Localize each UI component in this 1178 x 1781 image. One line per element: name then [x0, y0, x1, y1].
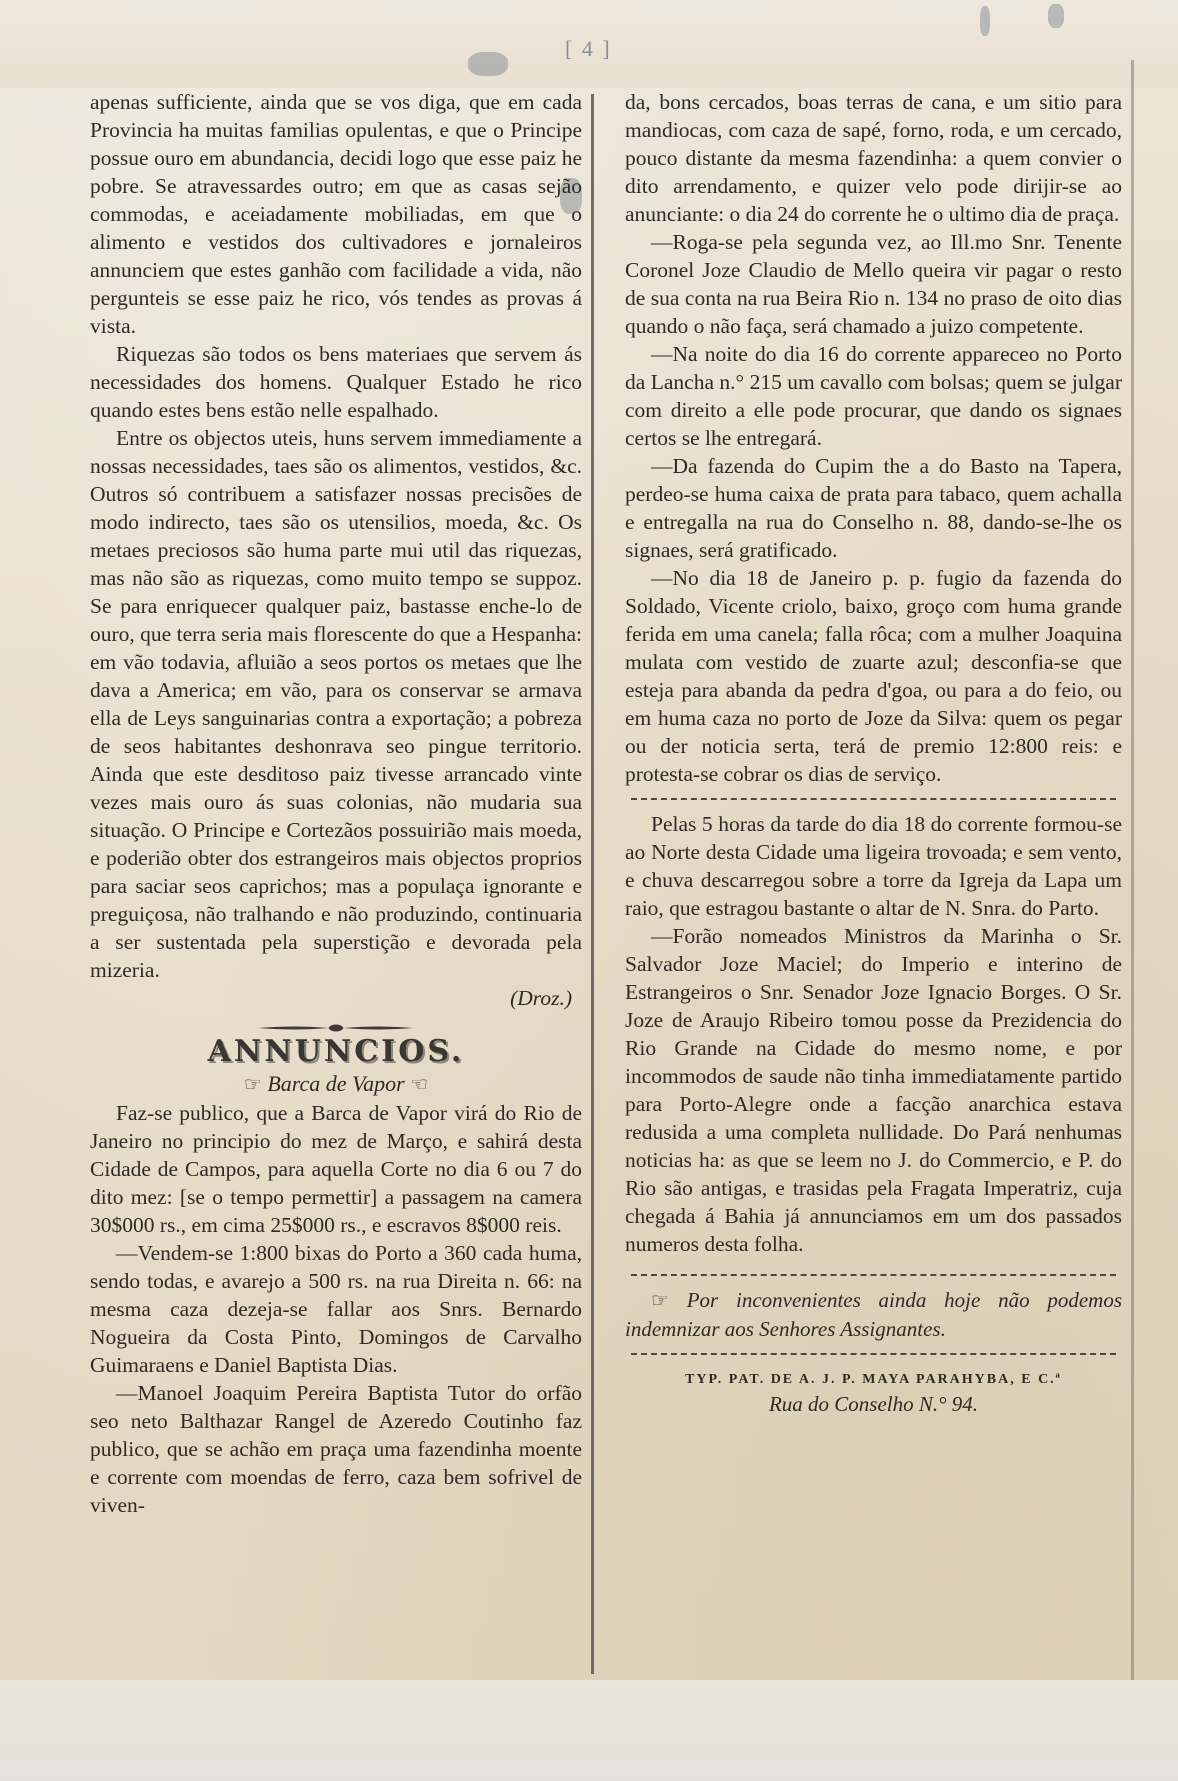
essay-attribution: (Droz.)	[90, 984, 582, 1012]
right-column: da, bons cercados, boas terras de cana, …	[625, 88, 1122, 1417]
essay-paragraph: Entre os objectos uteis, huns servem imm…	[90, 424, 582, 984]
news-item: Pelas 5 horas da tarde do dia 18 do corr…	[625, 810, 1122, 922]
essay-paragraph: Riquezas são todos os bens materiaes que…	[90, 340, 582, 424]
news-item: —Forão nomeados Ministros da Marinha o S…	[625, 922, 1122, 1258]
bottom-margin	[0, 1680, 1178, 1781]
printer-imprint: TYP. PAT. DE A. J. P. MAYA PARAHYBA, E C…	[625, 1369, 1122, 1391]
left-column: apenas sufficiente, ainda que se vos dig…	[90, 88, 582, 1519]
advertisement: da, bons cercados, boas terras de cana, …	[625, 88, 1122, 228]
subheading-text: Barca de Vapor	[267, 1071, 404, 1096]
ink-stain	[980, 6, 990, 36]
advertisement: —Roga-se pela segunda vez, ao Ill.mo Snr…	[625, 228, 1122, 340]
pointing-hand-right-icon: ☞	[651, 1290, 669, 1312]
page-number: [ 4 ]	[565, 36, 612, 62]
newspaper-page: [ 4 ] apenas sufficiente, ainda que se v…	[0, 0, 1178, 1781]
printer-address: Rua do Conselho N.° 94.	[625, 1391, 1122, 1417]
column-divider	[591, 94, 594, 1674]
advertisement: Faz-se publico, que a Barca de Vapor vir…	[90, 1099, 582, 1239]
pointing-hand-right-icon: ☞	[244, 1074, 262, 1096]
ad-subheading: ☞ Barca de Vapor ☜	[90, 1070, 582, 1099]
advertisement: —Manoel Joaquim Pereira Baptista Tutor d…	[90, 1379, 582, 1519]
ink-stain	[468, 52, 508, 76]
section-divider	[631, 1274, 1116, 1276]
section-heading-annuncios: ANNUNCIOS.	[90, 1034, 582, 1070]
ornament-divider-icon	[256, 1024, 416, 1032]
pointing-hand-left-icon: ☜	[410, 1074, 428, 1096]
advertisement: —No dia 18 de Janeiro p. p. fugio da faz…	[625, 564, 1122, 788]
notice-text: Por inconvenientes ainda hoje não podemo…	[625, 1288, 1122, 1341]
advertisement: —Vendem-se 1:800 bixas do Porto a 360 ca…	[90, 1239, 582, 1379]
page-edge	[1131, 60, 1134, 1700]
section-divider	[631, 1353, 1116, 1355]
subscriber-notice: ☞ Por inconvenientes ainda hoje não pode…	[625, 1286, 1122, 1343]
ink-stain	[1048, 4, 1064, 28]
advertisement: —Da fazenda do Cupim the a do Basto na T…	[625, 452, 1122, 564]
section-divider	[631, 798, 1116, 800]
advertisement: —Na noite do dia 16 do corrente apparece…	[625, 340, 1122, 452]
essay-paragraph: apenas sufficiente, ainda que se vos dig…	[90, 88, 582, 340]
